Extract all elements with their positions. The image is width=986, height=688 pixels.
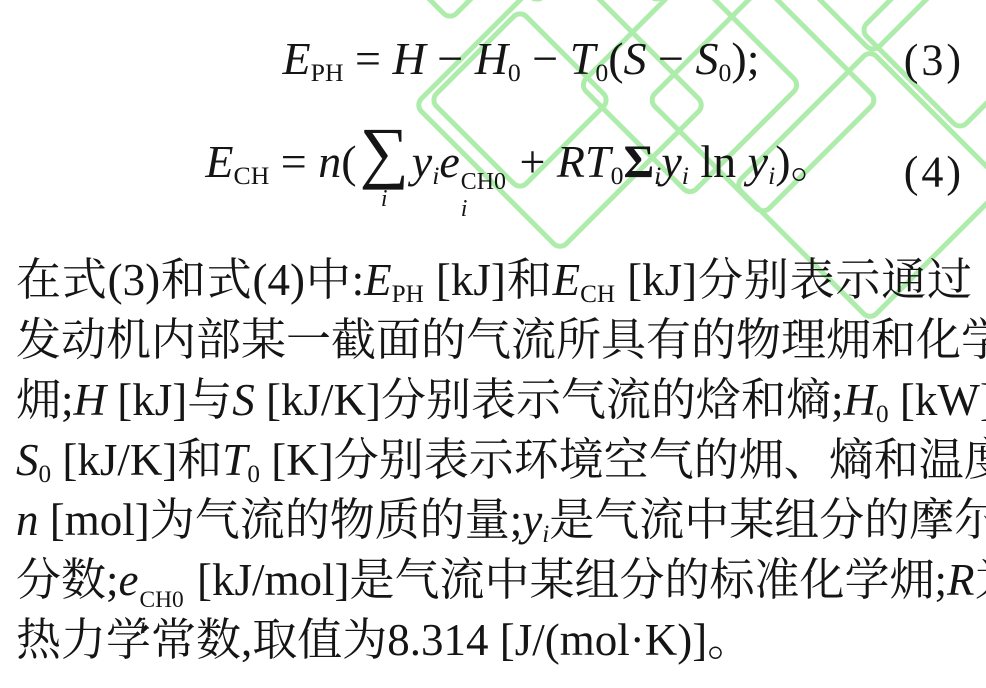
equation-4: ECH = n(∑iyieCH0i + RT0Σiyi ln yi)。	[0, 121, 986, 223]
paragraph-line-5: n [mol]为气流的物质的量;yi是气流中某组分的摩尔	[16, 490, 972, 550]
equation-4-number: (4)	[904, 147, 964, 198]
document-page: EPH = H − H0 − T0(S − S0); (3) ECH = n(∑…	[0, 0, 986, 688]
equation-4-row: ECH = n(∑iyieCH0i + RT0Σiyi ln yi)。 (4)	[0, 108, 986, 236]
paragraph-line-3: 㶲;H [kJ]与S [kJ/K]分别表示气流的焓和熵;H0 [kW]、	[16, 370, 972, 430]
equation-3-row: EPH = H − H0 − T0(S − S0); (3)	[0, 14, 986, 106]
paragraph-line-7: 热力学常数,取值为8.314 [J/(mol·K)]。	[16, 610, 972, 670]
paragraph-line-6: 分数;eCH0i [kJ/mol]是气流中某组分的标准化学㶲;R为	[16, 550, 972, 610]
body-paragraph: 在式(3)和式(4)中:EPH [kJ]和ECH [kJ]分别表示通过 发动机内…	[16, 250, 972, 670]
equation-3-number: (3)	[904, 35, 964, 86]
paragraph-line-1: 在式(3)和式(4)中:EPH [kJ]和ECH [kJ]分别表示通过	[16, 250, 972, 310]
equation-3: EPH = H − H0 − T0(S − S0);	[0, 32, 986, 88]
paragraph-line-4: S0 [kJ/K]和T0 [K]分别表示环境空气的㶲、熵和温度;	[16, 430, 972, 490]
paragraph-line-2: 发动机内部某一截面的气流所具有的物理㶲和化学	[16, 310, 972, 370]
